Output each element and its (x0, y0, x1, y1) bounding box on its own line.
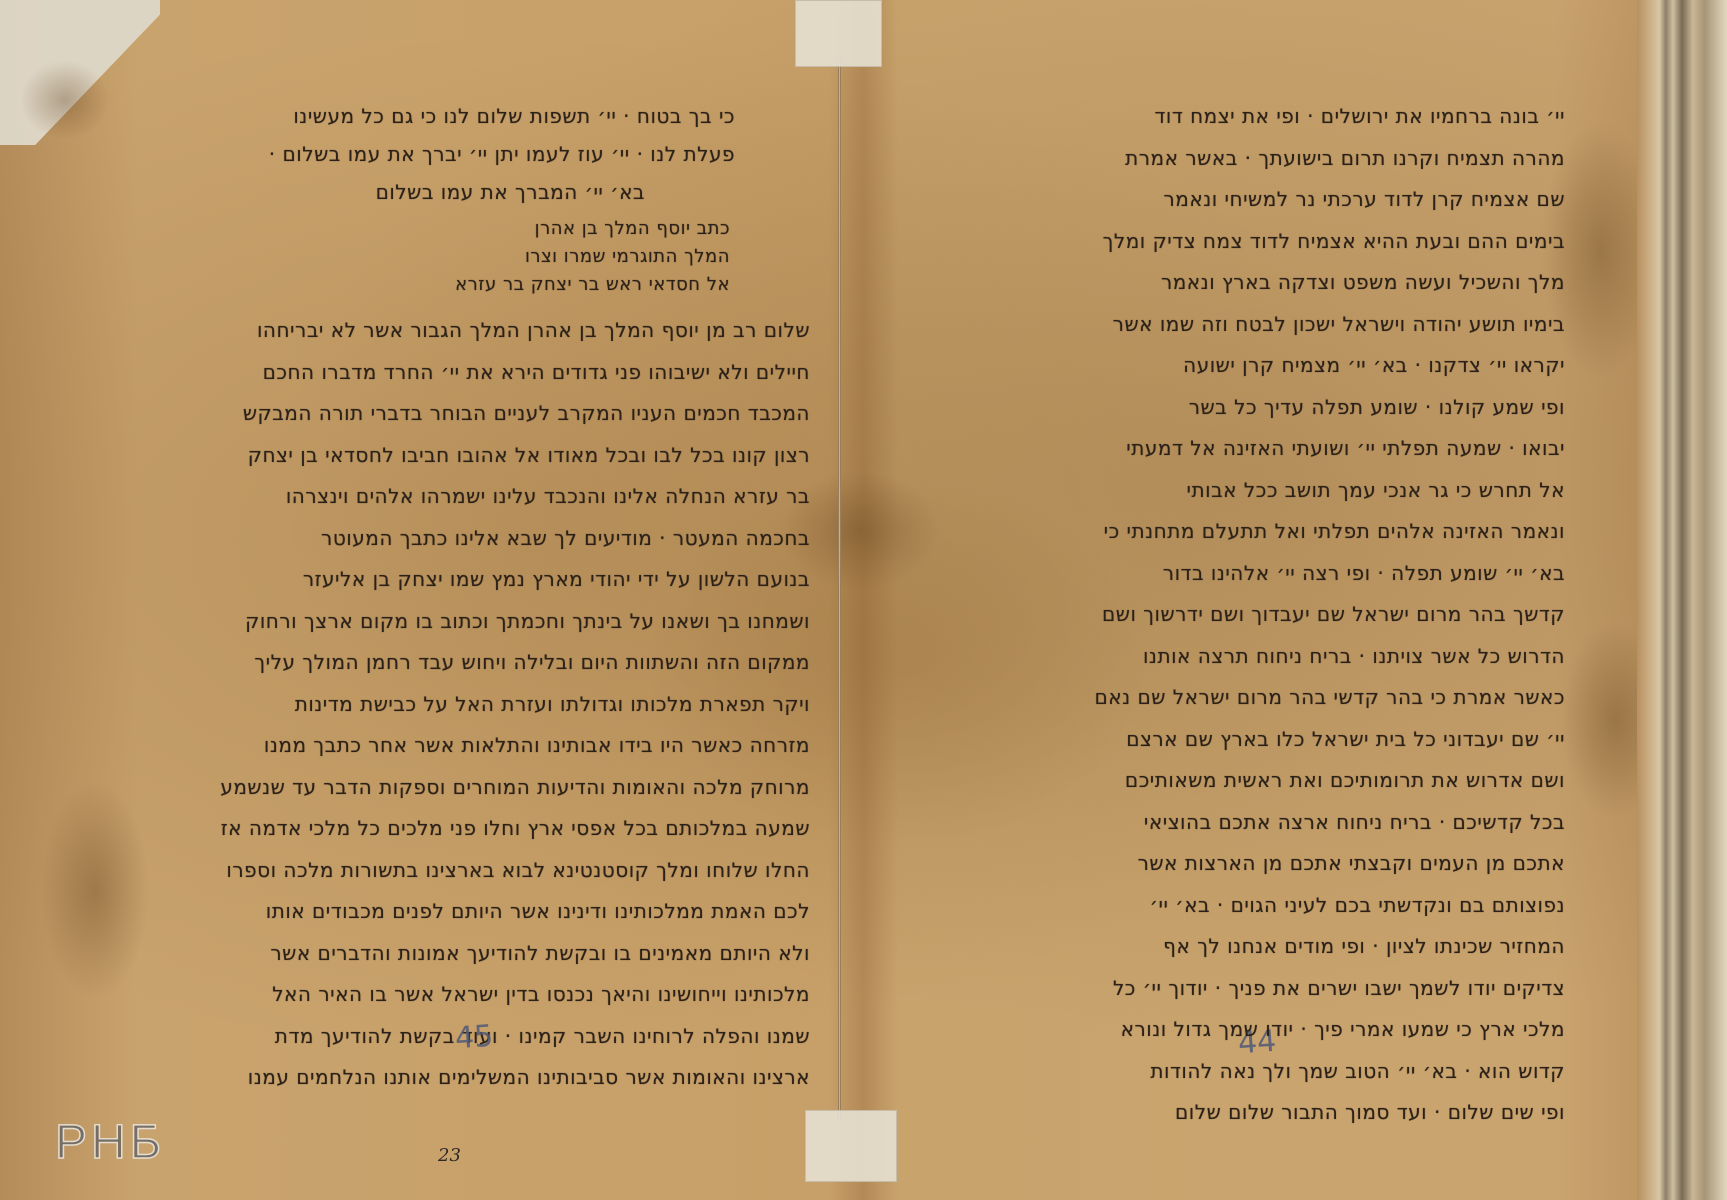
text-line: מלכי ארץ כי שמעו אמרי פיך · יודו שמך גדו… (945, 1009, 1565, 1051)
text-line: מלכותינו וייחושינו והיאך נכנסו בדין ישרא… (110, 974, 810, 1016)
text-line: צדיקים יודו לשמך ישבו ישרים את פניך · יו… (945, 968, 1565, 1010)
text-line: חיילים ולא ישיבוהו פני גדודים הירא את יי… (110, 352, 810, 394)
text-line: המלך התוגרמי שמרו וצרו (300, 243, 730, 271)
text-line: שם אצמיח קרן לדוד ערכתי נר למשיחי ונאמר (945, 179, 1565, 221)
text-line: בכל קדשיכם · בריח ניחוח ארצה אתכם בהוציא… (945, 802, 1565, 844)
text-line: בימיו תושע יהודה וישראל ישכון לבטח וזה ש… (945, 304, 1565, 346)
text-line: ולא היותם מאמינים בו ובקשת להודיעך אמונו… (110, 933, 810, 975)
text-line: המכבד חכמים העניו המקרב לעניים הבוחר בדב… (110, 393, 810, 435)
library-watermark: РНБ (55, 1115, 165, 1170)
text-line: מהרה תצמיח וקרנו תרום בישועתך · באשר אמר… (945, 138, 1565, 180)
text-line: אל חסדאי ראש בר יצחק בר עזרא (300, 271, 730, 299)
text-line: ונאמר האזינה אלהים תפלתי ואל תתעלם מתחנת… (945, 511, 1565, 553)
text-line: בימים ההם ובעת ההיא אצמיח לדוד צמח צדיק … (945, 221, 1565, 263)
manuscript-spread: כי בך בטוח · יי׳ תשפות שלום לנו כי גם כל… (0, 0, 1727, 1200)
text-line: ופי שמע קולנו · שומע תפלה עדיך כל בשר (945, 387, 1565, 429)
text-line: ארצינו והאומות אשר סביבותינו המשלימים או… (110, 1057, 810, 1099)
text-line: קדוש הוא · בא׳ יי׳ הטוב שמך ולך נאה להוד… (945, 1051, 1565, 1093)
text-line: מזרחה כאשר היו בידו אבותינו והתלאות אשר … (110, 725, 810, 767)
text-line: מרוחק מלכה והאומות והדיעות המוחרים וספקו… (110, 767, 810, 809)
text-line: כי בך בטוח · יי׳ תשפות שלום לנו כי גם כל… (120, 97, 735, 135)
right-page-body: יי׳ בונה ברחמיו את ירושלים · ופי את יצמח… (945, 96, 1565, 1134)
text-line: ממקום הזה והשתוות היום ובלילה ויחוש עבד … (110, 642, 810, 684)
left-page-body: שלום רב מן יוסף המלך בן אהרן המלך הגבור … (110, 310, 810, 1099)
text-line: יי׳ שם יעבדוני כל בית ישראל כלו בארץ שם … (945, 719, 1565, 761)
text-line: בר עזרא הנחלה אלינו והנכבד עלינו ישמרהו … (110, 476, 810, 518)
text-line: פעלת לנו · יי׳ עוז לעמו יתן יי׳ יברך את … (120, 135, 735, 173)
text-line: שמעה במלכותם בכל אפסי ארץ וחלו פני מלכים… (110, 808, 810, 850)
text-line: ושמחנו בך ושאנו על בינתך וחכמתך וכתוב בו… (110, 601, 810, 643)
left-page: כי בך בטוח · יי׳ תשפות שלום לנו כי גם כל… (0, 0, 838, 1190)
text-line: כתב יוסף המלך בן אהרן (300, 215, 730, 243)
letter-address: כתב יוסף המלך בן אהרן המלך התוגרמי שמרו … (300, 215, 730, 299)
text-line: רצון קונו בכל לבו ובכל מאודו אל אהובו חב… (110, 435, 810, 477)
text-line: בנועם הלשון על ידי יהודי מארץ נמץ שמו יצ… (110, 559, 810, 601)
text-line: יי׳ בונה ברחמיו את ירושלים · ופי את יצמח… (945, 96, 1565, 138)
text-line: אתכם מן העמים וקבצתי אתכם מן הארצות אשר (945, 843, 1565, 885)
text-line: ושם אדרוש את תרומותיכם ואת ראשית משאותיכ… (945, 760, 1565, 802)
text-line: מלך והשכיל ועשה משפט וצדקה בארץ ונאמר (945, 262, 1565, 304)
pencil-folio-number: 45 (454, 1019, 495, 1057)
text-line: אל תחרש כי גר אנכי עמך תושב ככל אבותי (945, 470, 1565, 512)
text-line: בא׳ יי׳ המברך את עמו בשלום (120, 173, 735, 211)
text-line: לכם האמת ממלכותינו ודינינו אשר היותם לפנ… (110, 891, 810, 933)
text-line: נפוצותם בם ונקדשתי בכם לעיני הגוים · בא׳… (945, 885, 1565, 927)
text-line: כאשר אמרת כי בהר קדשי בהר מרום ישראל שם … (945, 677, 1565, 719)
book-page-edges (1637, 0, 1727, 1200)
text-line: ופי שים שלום · ועד סמוך התבור שלום שלום (945, 1092, 1565, 1134)
text-line: בחכמה המעטר · מודיעים לך שבא אלינו כתבך … (110, 518, 810, 560)
left-page-header: כי בך בטוח · יי׳ תשפות שלום לנו כי גם כל… (120, 97, 735, 211)
text-line: יבואו · שמעה תפלתי יי׳ ושועתי האזינה אל … (945, 428, 1565, 470)
text-line: המחזיר שכינתו לציון · ופי מודים אנחנו לך… (945, 926, 1565, 968)
text-line: החלו שלוחו ומלך קוסטנטינא לבוא בארצינו ב… (110, 850, 810, 892)
text-line: בא׳ יי׳ שומע תפלה · ופי רצה יי׳ אלהינו ב… (945, 553, 1565, 595)
text-line: הדרוש כל אשר צויתנו · בריח ניחוח תרצה או… (945, 636, 1565, 678)
text-line: שלום רב מן יוסף המלך בן אהרן המלך הגבור … (110, 310, 810, 352)
text-line: יקראו יי׳ צדקנו · בא׳ יי׳ מצמיח קרן ישוע… (945, 345, 1565, 387)
text-line: קדשך בהר מרום ישראל שם יעבדוך ושם ידרשוך… (945, 594, 1565, 636)
text-line: ויקר תפארת מלכותו וגדולתו ועזרת האל על כ… (110, 684, 810, 726)
ink-folio-number: 23 (438, 1145, 461, 1166)
